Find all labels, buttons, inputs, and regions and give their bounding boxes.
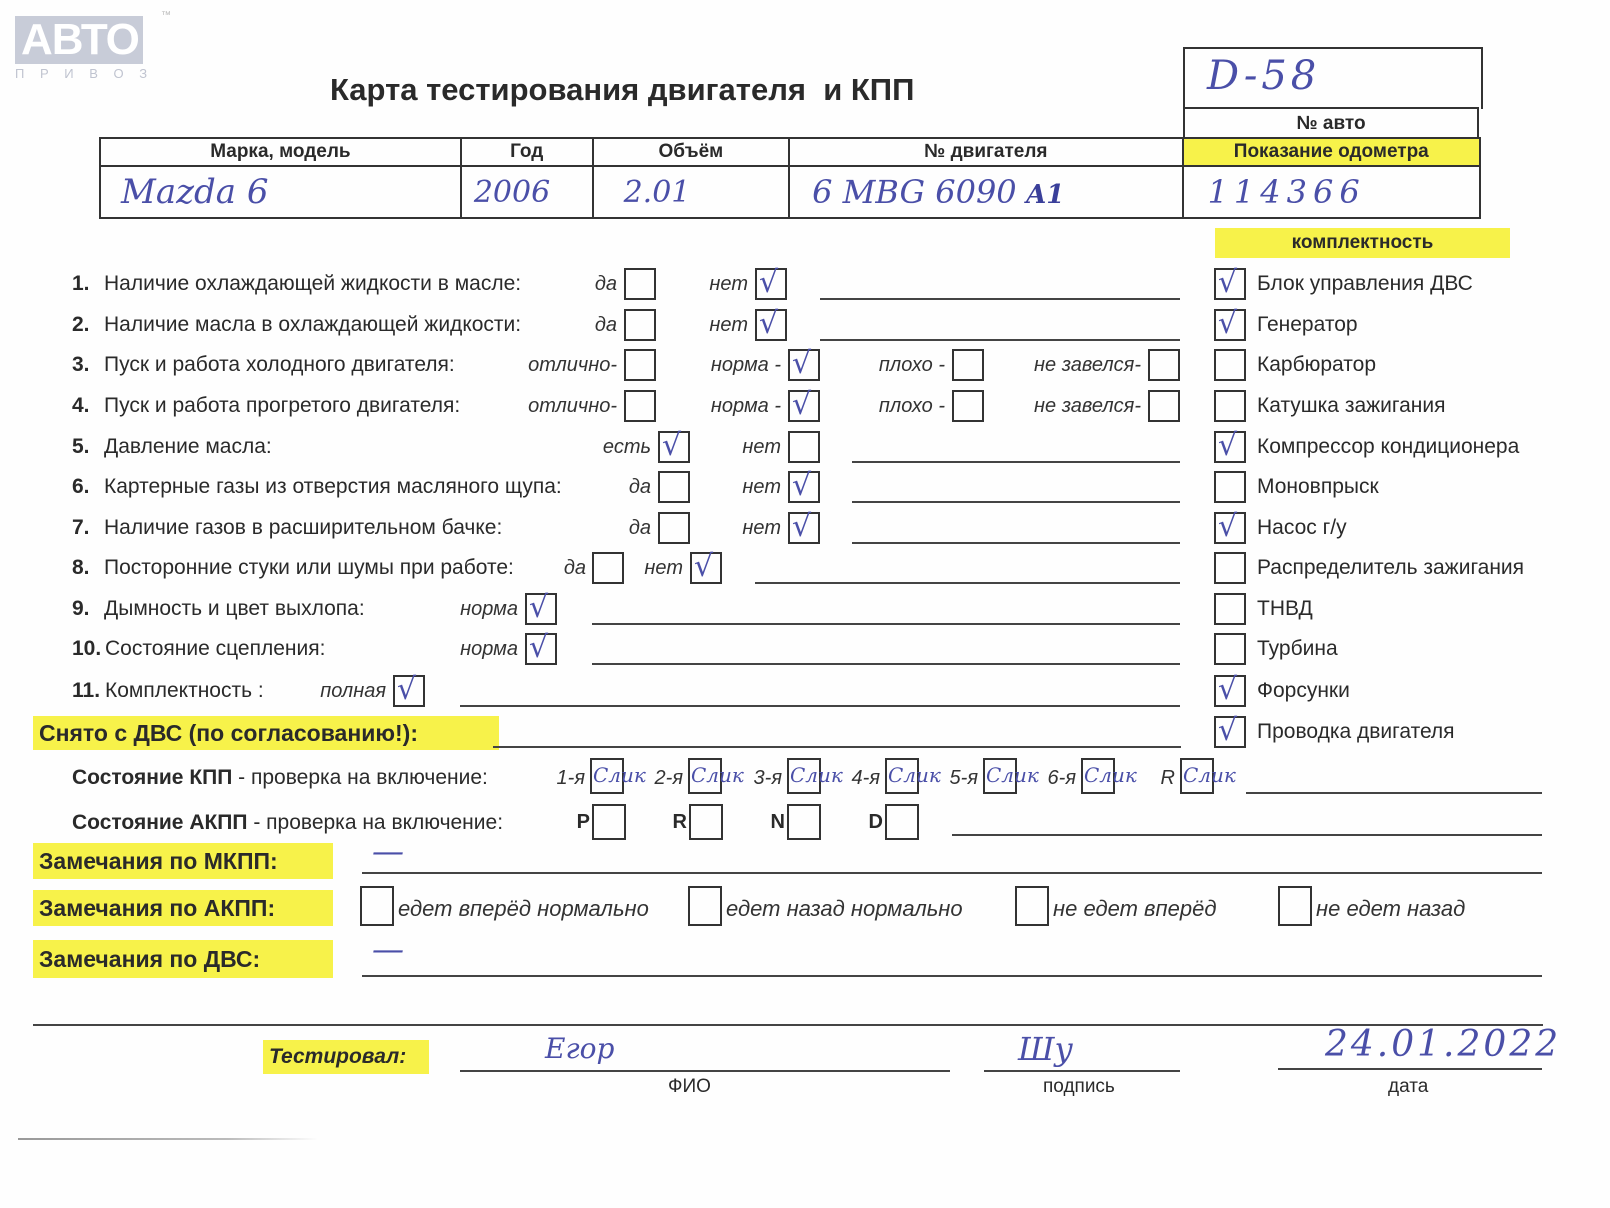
checklist-number: 7. [72,516,90,540]
option-checkbox[interactable]: √ [393,675,425,707]
logo: АВТО П Р И В О З ™ [15,16,153,81]
checklist-number: 1. [72,272,90,296]
logo-main: АВТО [15,16,143,64]
completeness-checkbox[interactable]: √ [1214,431,1246,463]
akpp-position-label: R [673,811,687,834]
volume-value[interactable]: 2.01 [593,166,789,218]
completeness-checkbox[interactable] [1214,390,1246,422]
checklist-number: 11. [72,679,100,703]
gear-note: Слик [1183,761,1236,789]
option-label: норма [460,638,518,661]
akpp-remark-label: не едет назад [1316,896,1465,922]
gear-label: 4-я [852,767,880,790]
akpp-remark-checkbox[interactable] [1015,886,1049,926]
completeness-label: Насос г/у [1257,516,1347,540]
check-mark-icon: √ [792,388,811,422]
akpp-position-label: N [771,811,785,834]
option-checkbox[interactable] [658,512,690,544]
check-mark-icon: √ [662,429,681,463]
page-title: Карта тестирования двигателя и КПП [330,72,914,108]
completeness-checkbox[interactable]: √ [1214,675,1246,707]
completeness-title: комплектность [1215,228,1510,258]
completeness-label: Турбина [1257,637,1338,661]
akpp-remark-checkbox[interactable] [360,886,394,926]
option-label: да [595,273,617,296]
checklist-number: 5. [72,435,90,459]
car-number-box: D-58 [1183,47,1483,109]
remarks-akpp-label: Замечания по АКПП: [33,890,333,926]
option-label: полная [320,680,386,703]
completeness-label: Карбюратор [1257,353,1376,377]
year-value[interactable]: 2006 [461,166,593,218]
akpp-remark-label: едет вперёд нормально [398,896,649,922]
comment-field[interactable] [852,461,1180,463]
comment-field[interactable] [592,623,1180,625]
option-label: отлично- [528,395,617,418]
checklist-number: 6. [72,475,90,499]
option-label: да [629,517,651,540]
option-checkbox[interactable] [658,471,690,503]
comment-field[interactable] [852,501,1180,503]
check-mark-icon: √ [759,266,778,300]
gear-checkbox[interactable]: Слик [787,758,821,794]
option-label: норма [460,598,518,621]
odometer-value[interactable]: 114366 [1183,166,1480,218]
remarks-dvs-value[interactable]: — [372,930,404,968]
checklist-number: 3. [72,353,90,377]
completeness-checkbox[interactable] [1214,349,1246,381]
gear-checkbox[interactable]: Слик [885,758,919,794]
option-checkbox[interactable] [1148,390,1180,422]
akpp-position-label: D [869,811,883,834]
option-checkbox[interactable]: √ [788,471,820,503]
akpp-notes-field[interactable] [952,834,1542,836]
option-label: отлично- [528,354,617,377]
option-checkbox[interactable] [624,309,656,341]
option-label: да [595,314,617,337]
remarks-dvs-label: Замечания по ДВС: [33,940,333,978]
car-number-label: № авто [1183,107,1479,137]
checklist-label: Пуск и работа холодного двигателя: [104,353,455,377]
check-mark-icon: √ [397,673,416,707]
gear-note: Слик [1084,761,1137,789]
option-label: нет [742,436,781,459]
check-mark-icon: √ [792,469,811,503]
check-mark-icon: √ [759,307,778,341]
check-mark-icon: √ [1218,266,1237,300]
checklist-label: Дымность и цвет выхлопа: [104,597,365,621]
comment-field[interactable] [820,339,1180,341]
option-checkbox[interactable] [952,390,984,422]
gear-checkbox[interactable]: Слик [590,758,624,794]
kpp-label: Состояние КПП - проверка на включение: [72,766,488,790]
checklist-number: 2. [72,313,90,337]
option-label: да [629,476,651,499]
akpp-position-label: P [577,811,590,834]
kpp-label-bold: Состояние КПП [72,766,232,789]
option-checkbox[interactable] [624,349,656,381]
gear-checkbox[interactable]: Слик [1081,758,1115,794]
completeness-label: Катушка зажигания [1257,394,1445,418]
remarks-mkpp-value[interactable]: — [372,832,404,870]
completeness-label: Блок управления ДВС [1257,272,1473,296]
footer-divider [33,1024,1543,1026]
option-checkbox[interactable]: √ [755,309,787,341]
option-label: не завелся- [1034,354,1141,377]
checklist-number: 8. [72,556,90,580]
gear-label: 5-я [950,767,978,790]
option-label: да [564,557,586,580]
remarks-mkpp-field[interactable] [362,872,1542,874]
gear-label: 3-я [754,767,782,790]
option-checkbox[interactable] [624,390,656,422]
option-checkbox[interactable]: √ [690,552,722,584]
akpp-remark-label: едет назад нормально [726,896,963,922]
kpp-notes-field[interactable] [1246,792,1542,794]
remarks-mkpp-label: Замечания по МКПП: [33,843,333,879]
gear-checkbox[interactable]: Слик [1180,758,1214,794]
completeness-checkbox[interactable]: √ [1214,309,1246,341]
check-mark-icon: √ [1218,714,1237,748]
engine-number-suffix: A1 [1026,180,1064,210]
gear-note: Слик [986,761,1039,789]
gear-note: Слик [790,761,843,789]
signature-value[interactable]: Шу [1018,1030,1073,1068]
engine-number-cell[interactable]: 6 MBG 6090 A1 [789,166,1182,218]
make-model-value[interactable]: Mazda 6 [100,166,461,218]
vehicle-info-table: Марка, модель Год Объём № двигателя Пока… [99,137,1481,219]
option-checkbox[interactable] [624,268,656,300]
akpp-label: Состояние АКПП - проверка на включение: [72,811,503,835]
option-checkbox[interactable] [1148,349,1180,381]
option-label: не завелся- [1034,395,1141,418]
comment-field[interactable] [592,663,1180,665]
option-checkbox[interactable]: √ [525,593,557,625]
completeness-label: Компрессор кондиционера [1257,435,1519,459]
comment-field[interactable] [755,582,1180,584]
gear-note: Слик [888,761,941,789]
comment-field[interactable] [852,542,1180,544]
column-engine-number: № двигателя [789,138,1182,166]
checklist-label: Картерные газы из отверстия масляного щу… [104,475,562,499]
column-year: Год [461,138,593,166]
check-mark-icon: √ [529,631,548,665]
option-label: нет [742,517,781,540]
removed-field[interactable] [493,746,1181,748]
check-mark-icon: √ [529,591,548,625]
date-field[interactable] [1278,1068,1542,1070]
remarks-dvs-field[interactable] [362,975,1542,977]
tester-name-value[interactable]: Егор [545,1032,614,1065]
comment-field[interactable] [820,298,1180,300]
option-checkbox[interactable]: √ [525,633,557,665]
akpp-position-checkbox[interactable] [787,804,821,840]
gear-label: 2-я [655,767,683,790]
checklist-label: Посторонние стуки или шумы при работе: [104,556,514,580]
completeness-label: Распределитель зажигания [1257,556,1524,580]
car-number-value[interactable]: D-58 [1207,53,1320,99]
checklist-label: Наличие масла в охлаждающей жидкости: [104,313,521,337]
gear-note: Слик [691,761,744,789]
akpp-label-bold: Состояние АКПП [72,811,248,834]
option-label: норма - [711,354,781,377]
completeness-label: ТНВД [1257,597,1313,621]
logo-tm: ™ [161,10,171,21]
completeness-label: Генератор [1257,313,1358,337]
tester-name-caption: ФИО [668,1076,711,1098]
option-label: есть [603,436,651,459]
akpp-remark-label: не едет вперёд [1053,896,1217,922]
gear-checkbox[interactable]: Слик [983,758,1017,794]
option-checkbox[interactable]: √ [658,431,690,463]
column-volume: Объём [593,138,789,166]
akpp-label-rest: - проверка на включение: [248,811,504,834]
option-checkbox[interactable] [592,552,624,584]
option-label: нет [742,476,781,499]
check-mark-icon: √ [792,347,811,381]
akpp-position-checkbox[interactable] [885,804,919,840]
gear-checkbox[interactable]: Слик [688,758,722,794]
column-odometer: Показание одометра [1183,138,1480,166]
check-mark-icon: √ [1218,429,1237,463]
date-caption: дата [1388,1076,1428,1098]
checklist-label: Комплектность : [105,679,264,703]
check-mark-icon: √ [1218,510,1237,544]
checklist-label: Наличие охлаждающей жидкости в масле: [104,272,521,296]
tester-name-field[interactable] [460,1070,950,1072]
option-label: нет [709,273,748,296]
completeness-checkbox[interactable] [1214,593,1246,625]
gear-note: Слик [593,761,646,789]
check-mark-icon: √ [1218,673,1237,707]
completeness-checkbox[interactable] [1214,552,1246,584]
option-checkbox[interactable]: √ [788,512,820,544]
signature-field[interactable] [984,1070,1180,1072]
gear-label: 6-я [1048,767,1076,790]
tested-by-label: Тестировал: [263,1040,429,1074]
gear-label: R [1161,767,1175,790]
option-checkbox[interactable]: √ [788,349,820,381]
completeness-checkbox[interactable] [1214,471,1246,503]
completeness-label: Проводка двигателя [1257,720,1455,744]
gear-label: 1-я [557,767,585,790]
completeness-checkbox[interactable]: √ [1214,268,1246,300]
akpp-remark-checkbox[interactable] [688,886,722,926]
scan-smudge [18,1138,318,1140]
akpp-position-checkbox[interactable] [592,804,626,840]
check-mark-icon: √ [792,510,811,544]
checklist-label: Пуск и работа прогретого двигателя: [104,394,460,418]
akpp-remark-checkbox[interactable] [1278,886,1312,926]
option-label: плохо - [879,354,945,377]
option-checkbox[interactable]: √ [755,268,787,300]
check-mark-icon: √ [1218,307,1237,341]
option-checkbox[interactable] [952,349,984,381]
checklist-label: Давление масла: [104,435,272,459]
checklist-number: 9. [72,597,90,621]
option-label: нет [644,557,683,580]
column-make-model: Марка, модель [100,138,461,166]
signature-caption: подпись [1043,1076,1115,1098]
completeness-checkbox[interactable]: √ [1214,512,1246,544]
checklist-number: 10. [72,637,101,661]
akpp-position-checkbox[interactable] [689,804,723,840]
completeness-label: Форсунки [1257,679,1350,703]
completeness-label: Моновпрыск [1257,475,1379,499]
completeness-checkbox[interactable]: √ [1214,716,1246,748]
completeness-checkbox[interactable] [1214,633,1246,665]
checklist-label: Состояние сцепления: [105,637,325,661]
option-checkbox[interactable] [788,431,820,463]
removed-label: Снято с ДВС (по согласованию!): [33,716,499,750]
option-label: нет [709,314,748,337]
checklist-label: Наличие газов в расширительном бачке: [104,516,502,540]
option-checkbox[interactable]: √ [788,390,820,422]
option-label: плохо - [879,395,945,418]
checklist-number: 4. [72,394,90,418]
check-mark-icon: √ [694,550,713,584]
date-value[interactable]: 24.01.2022 [1325,1024,1561,1065]
kpp-label-rest: - проверка на включение: [232,766,488,789]
engine-number-value: 6 MBG 6090 [812,173,1017,211]
comment-field[interactable] [460,705,1180,707]
option-label: норма - [711,395,781,418]
logo-sub: П Р И В О З [15,66,153,81]
